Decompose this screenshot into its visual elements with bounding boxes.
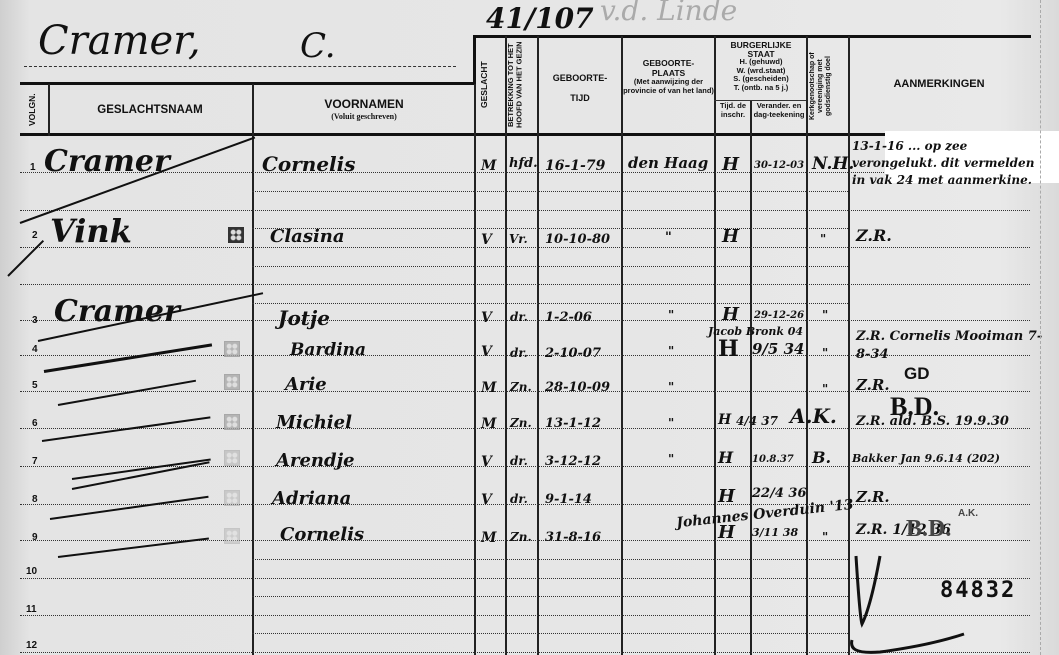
row-number: 4 [32,344,38,355]
stamp-mark-icon [228,227,244,243]
given-names: Adriana [272,488,351,509]
header-name-line [24,66,456,67]
change-date: 30-12-03 [754,160,804,171]
row-number: 8 [32,494,38,505]
bd-stamp: B.D. [890,392,939,422]
col-header-geslachtsnaam: GESLACHTSNAAM [50,104,250,116]
registration-card: Cramer, C. 41/107 v.d. Linde VOLGN. GESL… [0,0,1059,655]
change-date: 22/4 36 [752,486,807,501]
sex: M [481,158,497,174]
birth-place: den Haag [628,154,708,172]
row-number: 11 [26,604,37,615]
header-top-rule-right [473,35,1031,38]
birth-place: " [668,308,674,322]
sex: M [481,416,497,432]
col-header-geboortetijd: GEBOORTE- TIJD [539,68,621,108]
relation: Zn. [510,530,532,544]
card-right-edge [1040,0,1041,655]
row-number: 5 [32,380,38,391]
church: B. [812,448,831,467]
relation: dr. [510,346,528,360]
col-header-voornamen-sub: (Voluit geschreven) [254,112,474,121]
church: " [822,530,828,544]
change-date: 9/5 34 [752,340,804,358]
bs-label: BURGERLIJKE STAAT [716,41,806,58]
row-number: 9 [32,532,38,543]
remark-text: Z.R. [856,488,890,506]
col-divider [714,36,716,655]
header-surname: Cramer, [38,18,201,64]
civil-status: H [722,154,739,175]
geboortetijd-label-2: TIJD [539,88,621,108]
col-header-bs-tijd: Tijd. de inschr. [716,102,750,119]
church: N.H. [812,154,854,174]
relation: hfd. [509,156,538,171]
row-number: 2 [32,230,38,241]
col-header-burgerlijke-staat: BURGERLIJKE STAAT H. (gehuwd) W. (wrd.st… [716,41,806,92]
given-names: Michiel [276,412,352,433]
relation: Vr. [509,232,528,246]
relation: dr. [510,492,528,506]
given-names: Arie [285,374,327,395]
stamp-mark-icon [224,450,240,466]
birth-date: 28-10-09 [545,380,610,395]
col-header-betrekking: BETREKKING TOT HET HOOFD VAN HET GEZIN [507,40,535,130]
remark-text: Z.R. [856,376,890,394]
birth-place: " [668,416,674,430]
birth-date: 16-1-79 [545,158,605,174]
bd-stamp: B.D. [906,516,951,543]
sex: M [481,380,497,396]
relation: dr. [510,310,528,324]
sex: V [481,310,492,326]
col-divider [806,36,808,655]
civil-status: H [718,522,735,543]
geboortetijd-label-1: GEBOORTE- [539,68,621,88]
church: " [822,308,828,322]
surname: Vink [50,212,132,250]
stamp-mark-icon [224,528,240,544]
ak-stamp: A.K. [958,508,978,519]
sex: V [481,454,492,470]
col-header-geslacht: GESLACHT [480,45,500,125]
stamp-mark-icon [224,374,240,390]
given-names: Clasina [270,226,345,247]
birth-place: " [668,344,674,358]
strikethrough [44,343,212,373]
given-names: Cornelis [280,524,364,545]
given-names: Cornelis [262,152,356,176]
church: " [820,232,826,246]
given-names: Arendje [276,450,355,471]
birth-date: 1-2-06 [545,310,592,325]
strikethrough [42,416,211,442]
archive-number: 84832 [940,578,1016,603]
sex: V [481,344,492,360]
col-divider [750,100,752,655]
col-header-volgnr: VOLGN. [28,90,42,130]
stamp-mark-icon [224,490,240,506]
civil-status: H [718,336,739,362]
row-1-remarks: 13-1-16 ... op zee verongelukt. dit verm… [852,138,1057,189]
strikethrough [72,459,211,480]
stamp-mark-icon [224,341,240,357]
birth-date: 31-8-16 [545,530,601,545]
remark-text: Z.R. [856,226,892,245]
relation: dr. [510,454,528,468]
header-step-rule [473,36,476,84]
row-number: 7 [32,456,38,467]
col-header-bs-verander: Verander. en dag-teekening [752,102,806,119]
header-top-rule-left [20,82,475,85]
change-date: 29-12-26 [754,310,804,321]
civil-status: H [718,412,731,428]
col-header-aanmerkingen: AANMERKINGEN [850,78,1028,90]
given-names: Bardina [290,340,366,360]
header-bottom-rule [20,133,1031,136]
birth-place: " [668,380,674,394]
relation: Zn. [510,380,532,394]
col-divider [474,84,476,655]
strikethrough [58,380,196,406]
col-divider [252,84,254,655]
col-header-geboorteplaats: GEBOORTE- PLAATS (Met aanwijzing der pro… [623,58,714,95]
row-number: 10 [26,566,37,577]
change-date: 4/4 37 [736,414,778,428]
church: A.K. [790,404,837,428]
relation: Zn. [510,416,532,430]
col-header-kerkgenootschap: Kerkgenootschap of vereeniging met godsd… [809,40,845,132]
col-divider [621,36,623,655]
church: " [822,346,828,360]
col-header-voornamen: VOORNAMEN [254,97,474,111]
strikethrough [7,240,44,277]
remark-text: Bakker Jan 9.6.14 (202) [852,452,1000,465]
given-names: Jotje [278,306,330,330]
header-initial: C. [300,26,336,66]
church: " [822,382,828,396]
row-number: 1 [30,162,36,173]
stamp-mark-icon [224,414,240,430]
civil-status: H [722,304,739,325]
row-number: 6 [32,418,38,429]
birth-date: 9-1-14 [545,492,592,507]
col-divider [537,36,539,655]
change-date: 10.8.37 [752,454,794,465]
civil-status: H [718,448,733,467]
birth-date: 13-1-12 [545,416,601,431]
sex: V [481,232,492,248]
birth-date: 3-12-12 [545,454,601,469]
strikethrough [50,496,209,520]
birth-date: 2-10-07 [545,346,601,361]
sex: M [481,530,497,546]
civil-status: H [718,486,735,507]
birth-place: " [668,452,674,466]
card-number: 41/107 [486,2,594,35]
birth-place: " [665,230,672,245]
sex: V [481,492,492,508]
civil-status: H [722,226,739,247]
remark-text: 13-1-16 ... op zee verongelukt. dit verm… [852,138,1037,189]
gd-stamp: GD [904,364,930,384]
remark-text: Z.R. Cornelis Mooiman 7-8-34 [856,328,1056,364]
birth-date: 10-10-80 [545,232,610,247]
geboorteplaats-sub: (Met aanwijzing der provincie of van het… [623,78,714,95]
geboorteplaats-label-1: GEBOORTE- [623,58,714,68]
row-number: 12 [26,640,37,651]
row-number: 3 [32,315,38,326]
bs-t: T. (ontb. na 5 j.) [716,84,806,93]
change-date: 3/11 38 [752,526,798,539]
pencil-note: v.d. Linde [600,0,737,27]
